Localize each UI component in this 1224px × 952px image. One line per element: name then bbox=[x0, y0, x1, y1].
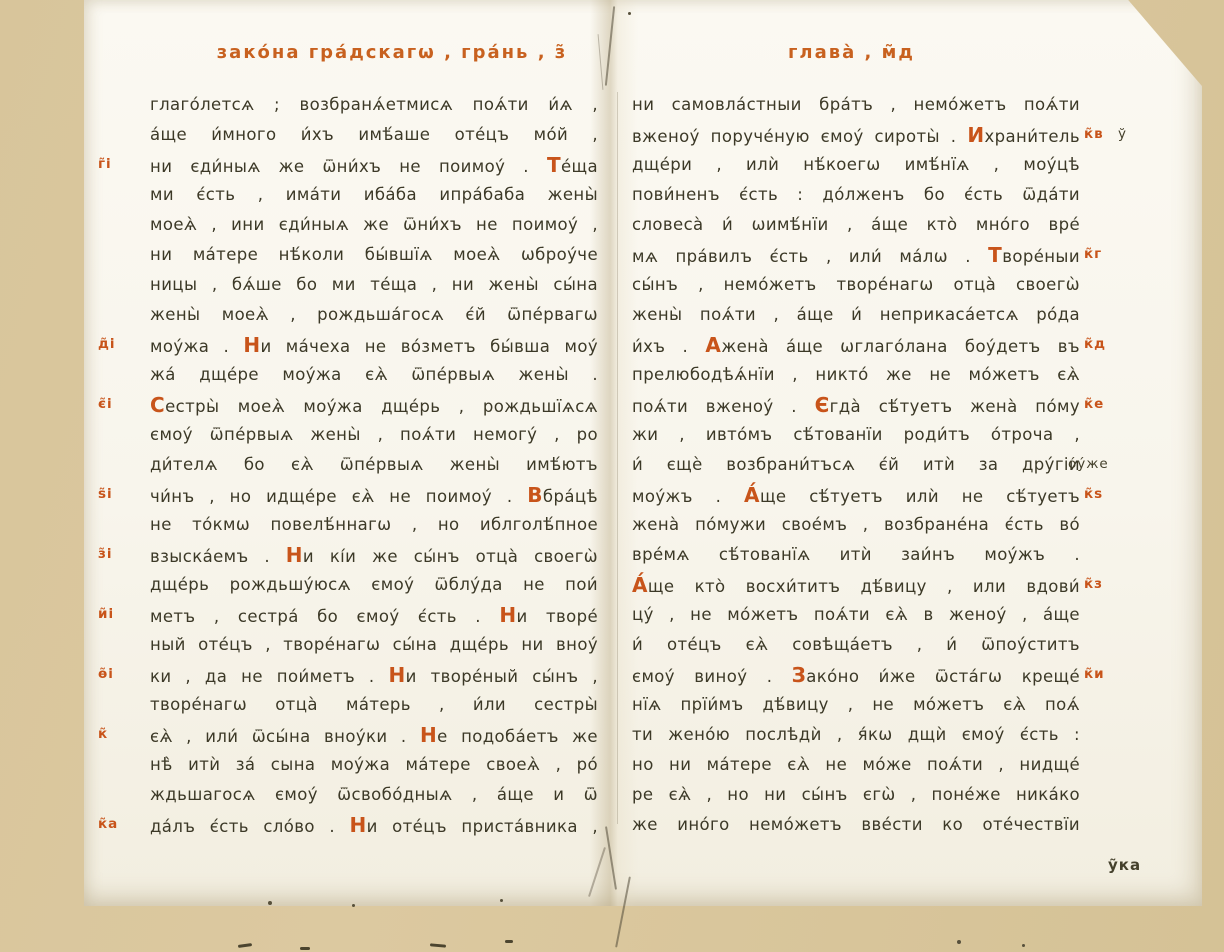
text-segment: ємоу́ ѿпе́рвыѧ жены̀ , поѧ́ти немогу́ , … bbox=[150, 425, 598, 444]
text-segment: мѧ пра́вилъ є́сть , или́ ма́лѡ . bbox=[632, 247, 988, 266]
text-segment: бра́цѣ bbox=[543, 487, 598, 506]
text-line: моеѧ̀ , ини єди́ныѧ же ѿни́хъ не поимоу́… bbox=[150, 210, 598, 240]
edge-mark bbox=[505, 940, 513, 943]
margin-note: д̃і bbox=[98, 336, 116, 356]
text-segment: ще кто̀ восхи́титъ дѣ́вицу , или вдови́ bbox=[648, 577, 1080, 596]
text-segment: ако́но и́же ѿста́гѡ креще́ bbox=[806, 667, 1080, 686]
text-segment: жена̀ а́ще ѡглаго́лана боу́детъ въ bbox=[721, 337, 1080, 356]
edge-mark bbox=[238, 943, 252, 948]
text-line: Сестры̀ моеѧ̀ моу́жа дще́рь , рождьшїѧсѧ bbox=[150, 390, 598, 420]
text-segment: ди́телѧ бо єѧ̀ ѿпе́рвыѧ жены̀ имѣ́ютъ bbox=[150, 455, 598, 474]
text-segment: ни єди́ныѧ же ѿни́хъ не поимоу́ . bbox=[150, 157, 547, 176]
left-page-text-block: глаго́летсѧ ; возбранѧ́етмисѧ поѧ́ти и́ѧ… bbox=[150, 90, 598, 840]
text-segment: глаго́летсѧ ; возбранѧ́етмисѧ поѧ́ти и́ѧ… bbox=[150, 95, 598, 114]
edge-mark bbox=[300, 947, 310, 950]
text-segment: и́хъ . bbox=[632, 337, 705, 356]
margin-note: є̃і bbox=[98, 396, 113, 416]
text-segment: и́ оте́цъ єѧ̀ совѣща́етъ , и́ ѿпоу́ститъ bbox=[632, 635, 1080, 654]
text-line: дще́рь рождьшу́юсѧ ємоу́ ѿблу́да не пои́ bbox=[150, 570, 598, 600]
text-line: глаго́летсѧ ; возбранѧ́етмисѧ поѧ́ти и́ѧ… bbox=[150, 90, 598, 120]
text-segment: ни самовла́стныи бра́тъ , немо́жетъ поѧ́… bbox=[632, 95, 1080, 114]
text-line: ницы , бѧ́ше бо ми те́ща , ни жены̀ сы́н… bbox=[150, 270, 598, 300]
text-segment: храни́тель bbox=[985, 127, 1081, 146]
text-line: моу́жа . Ни ма́чеха не во́зметъ бы́вша м… bbox=[150, 330, 598, 360]
text-segment: воре́ныи bbox=[1002, 247, 1080, 266]
margin-note: к̃в bbox=[1084, 126, 1104, 146]
text-segment: да́лъ є́сть сло́во . bbox=[150, 817, 349, 836]
text-line: цу́ , не мо́жетъ поѧ́ти єѧ̀ в женоу́ , а… bbox=[632, 600, 1080, 630]
text-segment: ки , да не пои́метъ . bbox=[150, 667, 388, 686]
text-line: взыска́емъ . Ни кі́и же сы́нъ отца̀ свое… bbox=[150, 540, 598, 570]
text-line: ни єди́ныѧ же ѿни́хъ не поимоу́ . Те́ща bbox=[150, 150, 598, 180]
paper-speck bbox=[268, 901, 272, 905]
margin-note: к̃д bbox=[1084, 336, 1106, 356]
text-line: жены̀ моеѧ̀ , рождьша́госѧ є́й ѿпе́рвагѡ bbox=[150, 300, 598, 330]
text-line: и́ єщѐ возбрани́тъсѧ є́й итѝ за дру́гіи bbox=[632, 450, 1080, 480]
text-segment: не то́кмѡ повелѣ́ннагѡ , но иблголѣ́пное bbox=[150, 515, 598, 534]
text-segment: жены̀ моеѧ̀ , рождьша́госѧ є́й ѿпе́рвагѡ bbox=[150, 305, 598, 324]
text-segment: взыска́емъ . bbox=[150, 547, 286, 566]
text-segment: ницы , бѧ́ше бо ми те́ща , ни жены̀ сы́н… bbox=[150, 275, 598, 294]
text-line: дще́ри , илѝ нѣ́коегѡ имѣ́нїѧ , моу́цѣ bbox=[632, 150, 1080, 180]
text-line: моу́жъ . А́ще сѣ́туетъ илѝ не сѣ́туетъ bbox=[632, 480, 1080, 510]
text-line: ждьшагосѧ ємоу́ ѿсвобо́дныѧ , а́ще и ѿ bbox=[150, 780, 598, 810]
text-segment: и́ єщѐ возбрани́тъсѧ є́й итѝ за дру́гіи bbox=[632, 455, 1080, 474]
text-line: вре́мѧ сѣ́тованїѧ итѝ заи́нъ моу́жъ . bbox=[632, 540, 1080, 570]
text-segment: но ни ма́тере єѧ̀ не мо́же поѧ́ти , нидщ… bbox=[632, 755, 1080, 774]
paper-speck bbox=[957, 940, 961, 944]
text-line: вженоу́ поруче́ную ємоу́ сироты̀ . Ихран… bbox=[632, 120, 1080, 150]
rubricated-initial: А bbox=[705, 333, 721, 357]
paper-speck bbox=[1022, 944, 1025, 947]
rubricated-initial: Т bbox=[547, 153, 561, 177]
text-segment: гда̀ сѣ́туетъ жена̀ по́му bbox=[830, 397, 1080, 416]
text-segment: моеѧ̀ , ини єди́ныѧ же ѿни́хъ не поимоу́… bbox=[150, 215, 598, 234]
paper-speck bbox=[500, 899, 503, 902]
margin-note: г̃і bbox=[98, 156, 112, 176]
text-line: сы́нъ , немо́жетъ творе́нагѡ отца̀ своег… bbox=[632, 270, 1080, 300]
text-segment: и оте́цъ приста́вника , bbox=[367, 817, 598, 836]
text-segment: творе́нагѡ отца̀ ма́терь , и́ли сестры̀ bbox=[150, 695, 598, 714]
right-page-text-block: ни самовла́стныи бра́тъ , немо́жетъ поѧ́… bbox=[632, 90, 1080, 840]
rubricated-initial: Н bbox=[420, 723, 437, 747]
text-line: ти жено́ю послѣдѝ , я́кѡ дщѝ ємоу́ є́сть… bbox=[632, 720, 1080, 750]
text-segment: ти жено́ю послѣдѝ , я́кѡ дщѝ ємоу́ є́сть… bbox=[632, 725, 1080, 744]
margin-note: и̃і bbox=[98, 606, 114, 626]
text-segment: дще́рь рождьшу́юсѧ ємоу́ ѿблу́да не пои́ bbox=[150, 575, 598, 594]
text-segment: жа́ дще́ре моу́жа єѧ̀ ѿпе́рвыѧ жены̀ . bbox=[150, 365, 598, 384]
text-segment: цу́ , не мо́жетъ поѧ́ти єѧ̀ в женоу́ , а… bbox=[632, 605, 1080, 624]
text-line: прелюбодѣѧ́нїи , никто́ же не мо́жетъ єѧ… bbox=[632, 360, 1080, 390]
margin-note: ў bbox=[1118, 126, 1127, 146]
rubricated-initial: А́ bbox=[632, 573, 648, 597]
text-segment: чи́нъ , но идще́ре єѧ̀ не поимоу́ . bbox=[150, 487, 527, 506]
text-line: ми є́сть , има́ти иба́ба ипра́баба жены̀ bbox=[150, 180, 598, 210]
text-segment: ре єѧ̀ , но ни сы́нъ єгѡ̀ , поне́же ника… bbox=[632, 785, 1080, 804]
margin-note: к̃е bbox=[1084, 396, 1104, 416]
text-line: ємоу́ ѿпе́рвыѧ жены̀ , поѧ́ти немогу́ , … bbox=[150, 420, 598, 450]
rubricated-initial: Н bbox=[499, 603, 516, 627]
text-line: мѧ пра́вилъ є́сть , или́ ма́лѡ . Творе́н… bbox=[632, 240, 1080, 270]
text-segment: поѧ́ти вженоу́ . bbox=[632, 397, 815, 416]
text-line: жа́ дще́ре моу́жа єѧ̀ ѿпе́рвыѧ жены̀ . bbox=[150, 360, 598, 390]
text-segment: естры̀ моеѧ̀ моу́жа дще́рь , рождьшїѧсѧ bbox=[165, 397, 598, 416]
text-segment: вре́мѧ сѣ́тованїѧ итѝ заи́нъ моу́жъ . bbox=[632, 545, 1080, 564]
text-segment: а́ще и́много и́хъ имѣ́аше оте́цъ мо́й , bbox=[150, 125, 598, 144]
margin-note: к̃и bbox=[1084, 666, 1105, 686]
rubricated-initial: И bbox=[967, 123, 984, 147]
edge-mark bbox=[430, 943, 446, 947]
text-line: ни самовла́стныи бра́тъ , немо́жетъ поѧ́… bbox=[632, 90, 1080, 120]
paper-speck bbox=[628, 12, 631, 15]
text-segment: и творе́ bbox=[516, 607, 598, 626]
rubricated-initial: Н bbox=[243, 333, 260, 357]
text-line: ки , да не пои́метъ . Ни творе́ный сы́нъ… bbox=[150, 660, 598, 690]
text-segment: вженоу́ поруче́ную ємоу́ сироты̀ . bbox=[632, 127, 967, 146]
margin-note: з̃і bbox=[98, 546, 112, 566]
text-line: да́лъ є́сть сло́во . Ни оте́цъ приста́вн… bbox=[150, 810, 598, 840]
text-segment: и творе́ный сы́нъ , bbox=[406, 667, 598, 686]
text-segment: же ино́го немо́жетъ вве́сти ко оте́честв… bbox=[632, 815, 1080, 834]
rubricated-initial: Н bbox=[349, 813, 366, 837]
page-header-right: глава̀ , м̃д bbox=[788, 42, 1028, 68]
text-line: пови́ненъ є́сть : до́лженъ бо є́сть ѿда́… bbox=[632, 180, 1080, 210]
rubricated-initial: С bbox=[150, 393, 165, 417]
text-segment: метъ , сестра́ бо ємоу́ є́сть . bbox=[150, 607, 499, 626]
scanned-book-spread: зако́на гра́дскагѡ , гра́нь , з̃ глава̀ … bbox=[0, 0, 1224, 952]
text-line: но ни ма́тере єѧ̀ не мо́же поѧ́ти , нидщ… bbox=[632, 750, 1080, 780]
rubricated-initial: А́ bbox=[744, 483, 760, 507]
text-line: ди́телѧ бо єѧ̀ ѿпе́рвыѧ жены̀ имѣ́ютъ bbox=[150, 450, 598, 480]
margin-note: к̃ѕ bbox=[1084, 486, 1103, 506]
text-line: жена̀ по́мужи свое́мъ , возбране́на є́ст… bbox=[632, 510, 1080, 540]
text-line: А́ще кто̀ восхи́титъ дѣ́вицу , или вдови… bbox=[632, 570, 1080, 600]
text-line: ємоу́ виноу́ . Зако́но и́же ѿста́гѡ крещ… bbox=[632, 660, 1080, 690]
text-segment: ный оте́цъ , творе́нагѡ сы́на дще́рь ни … bbox=[150, 635, 598, 654]
text-segment: нїѧ прїи́мъ дѣ́вицу , не мо́жетъ єѧ̀ поѧ… bbox=[632, 695, 1080, 714]
page-header-left: зако́на гра́дскагѡ , гра́нь , з̃ bbox=[202, 42, 582, 68]
text-segment: е́ща bbox=[561, 157, 598, 176]
text-segment: прелюбодѣѧ́нїи , никто́ же не мо́жетъ єѧ… bbox=[632, 365, 1080, 384]
text-segment: єѧ̀ , или́ ѿсы́на вноу́ки . bbox=[150, 727, 420, 746]
text-line: словеса̀ и́ ѡимѣ́нїи , а́ще кто̀ мно́го … bbox=[632, 210, 1080, 240]
text-segment: жи , ивто́мъ сѣ́тованїи роди́тъ о́троча … bbox=[632, 425, 1080, 444]
paper-speck bbox=[352, 904, 355, 907]
text-segment: нѣ̀ итѝ за́ сына моу́жа ма́тере своеѧ̀ ,… bbox=[150, 755, 598, 774]
text-line: єѧ̀ , или́ ѿсы́на вноу́ки . Не подоба́ет… bbox=[150, 720, 598, 750]
text-segment: и ма́чеха не во́зметъ бы́вша моу́ bbox=[260, 337, 598, 356]
text-line: жены̀ поѧ́ти , а́ще и́ неприкаса́етсѧ ро… bbox=[632, 300, 1080, 330]
text-segment: ждьшагосѧ ємоу́ ѿсвобо́дныѧ , а́ще и ѿ bbox=[150, 785, 598, 804]
text-line: ни ма́тере нѣ́коли бы́вшїѧ моеѧ̀ ѡброу́ч… bbox=[150, 240, 598, 270]
margin-note: к̃з bbox=[1084, 576, 1103, 596]
text-segment: и кі́и же сы́нъ отца̀ своегѡ̀ bbox=[303, 547, 598, 566]
text-line: жи , ивто́мъ сѣ́тованїи роди́тъ о́троча … bbox=[632, 420, 1080, 450]
text-segment: ни ма́тере нѣ́коли бы́вшїѧ моеѧ̀ ѡброу́ч… bbox=[150, 245, 598, 264]
rubricated-initial: Н bbox=[388, 663, 405, 687]
text-line: не то́кмѡ повелѣ́ннагѡ , но иблголѣ́пное bbox=[150, 510, 598, 540]
text-line: чи́нъ , но идще́ре єѧ̀ не поимоу́ . Вбра… bbox=[150, 480, 598, 510]
text-line: творе́нагѡ отца̀ ма́терь , и́ли сестры̀ bbox=[150, 690, 598, 720]
text-segment: ще сѣ́туетъ илѝ не сѣ́туетъ bbox=[760, 487, 1080, 506]
rubricated-initial: Н bbox=[286, 543, 303, 567]
text-line: нїѧ прїи́мъ дѣ́вицу , не мо́жетъ єѧ̀ поѧ… bbox=[632, 690, 1080, 720]
margin-note: к̃г bbox=[1084, 246, 1102, 266]
text-line: и́хъ . Ажена̀ а́ще ѡглаго́лана боу́детъ … bbox=[632, 330, 1080, 360]
text-segment: моу́жъ . bbox=[632, 487, 744, 506]
text-segment: пови́ненъ є́сть : до́лженъ бо є́сть ѿда́… bbox=[632, 185, 1080, 204]
text-line: а́ще и́много и́хъ имѣ́аше оте́цъ мо́й , bbox=[150, 120, 598, 150]
quire-signature: у̃ка bbox=[1108, 856, 1141, 874]
text-segment: ми є́сть , има́ти иба́ба ипра́баба жены̀ bbox=[150, 185, 598, 204]
margin-note: ѕ̃і bbox=[98, 486, 113, 506]
text-line: ный оте́цъ , творе́нагѡ сы́на дще́рь ни … bbox=[150, 630, 598, 660]
text-segment: жены̀ поѧ́ти , а́ще и́ неприкаса́етсѧ ро… bbox=[632, 305, 1080, 324]
center-fold-line bbox=[617, 92, 618, 824]
text-segment: жена̀ по́мужи свое́мъ , возбране́на є́ст… bbox=[632, 515, 1080, 534]
margin-note: о́у́же bbox=[1068, 456, 1109, 476]
text-segment: сы́нъ , немо́жетъ творе́нагѡ отца̀ своег… bbox=[632, 275, 1080, 294]
text-segment: дще́ри , илѝ нѣ́коегѡ имѣ́нїѧ , моу́цѣ bbox=[632, 155, 1080, 174]
text-segment: моу́жа . bbox=[150, 337, 243, 356]
rubricated-initial: Є bbox=[815, 393, 830, 417]
rubricated-initial: Т bbox=[988, 243, 1002, 267]
margin-note: к̃а bbox=[98, 816, 118, 836]
rubricated-initial: В bbox=[527, 483, 543, 507]
text-segment: словеса̀ и́ ѡимѣ́нїи , а́ще кто̀ мно́го … bbox=[632, 215, 1080, 234]
text-line: же ино́го немо́жетъ вве́сти ко оте́честв… bbox=[632, 810, 1080, 840]
margin-note: ѳ̃і bbox=[98, 666, 114, 686]
text-segment: е подоба́етъ же bbox=[437, 727, 598, 746]
text-line: и́ оте́цъ єѧ̀ совѣща́етъ , и́ ѿпоу́ститъ bbox=[632, 630, 1080, 660]
text-line: метъ , сестра́ бо ємоу́ є́сть . Ни творе… bbox=[150, 600, 598, 630]
text-line: ре єѧ̀ , но ни сы́нъ єгѡ̀ , поне́же ника… bbox=[632, 780, 1080, 810]
text-line: поѧ́ти вженоу́ . Єгда̀ сѣ́туетъ жена̀ по… bbox=[632, 390, 1080, 420]
text-segment: ємоу́ виноу́ . bbox=[632, 667, 792, 686]
margin-note: к̃ bbox=[98, 726, 108, 746]
rubricated-initial: З bbox=[792, 663, 807, 687]
text-line: нѣ̀ итѝ за́ сына моу́жа ма́тере своеѧ̀ ,… bbox=[150, 750, 598, 780]
